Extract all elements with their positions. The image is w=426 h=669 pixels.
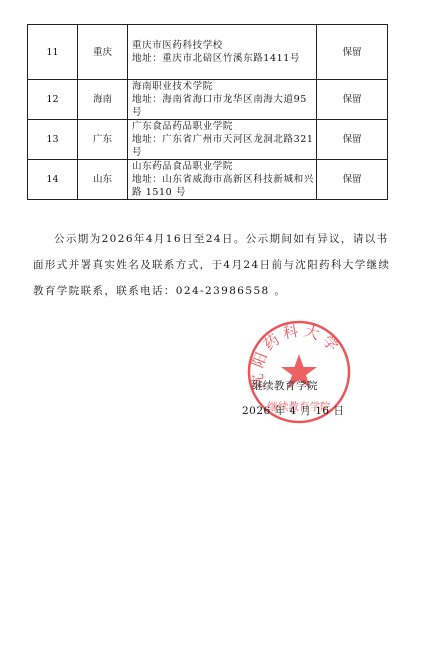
signature-date: 2026 年 4 月 16 日 xyxy=(242,403,344,418)
row-status: 保留 xyxy=(317,120,388,160)
row-province: 广东 xyxy=(78,120,128,160)
notice-paragraph: 公示期为2026年4月16日至24日。公示期间如有异议，请以书面形式并署真实姓名… xyxy=(33,226,393,304)
row-school: 重庆市医药科技学校 地址：重庆市北碚区竹溪东路1411号 xyxy=(128,25,317,80)
school-address: 地址：重庆市北碚区竹溪东路1411号 xyxy=(132,52,316,65)
table-row: 13 广东 广东食品药品职业学院 地址：广东省广州市天河区龙洞北路321号 保留 xyxy=(28,120,388,160)
row-number: 14 xyxy=(28,160,78,200)
table-row: 11 重庆 重庆市医药科技学校 地址：重庆市北碚区竹溪东路1411号 保留 xyxy=(28,25,388,80)
school-address: 地址：广东省广州市天河区龙洞北路321号 xyxy=(132,133,316,159)
row-number: 12 xyxy=(28,80,78,120)
row-status: 保留 xyxy=(317,25,388,80)
table-row: 14 山东 山东药品食品职业学院 地址：山东省威海市高新区科技新城和兴路 151… xyxy=(28,160,388,200)
school-name: 重庆市医药科技学校 xyxy=(132,39,316,52)
school-name: 广东食品药品职业学院 xyxy=(132,120,316,133)
row-province: 海南 xyxy=(78,80,128,120)
row-school: 海南职业技术学院 地址：海南省海口市龙华区南海大道95号 xyxy=(128,80,317,120)
school-name: 海南职业技术学院 xyxy=(132,80,316,93)
row-number: 11 xyxy=(28,25,78,80)
school-address: 地址：山东省威海市高新区科技新城和兴路 1510 号 xyxy=(132,173,316,199)
row-school: 山东药品食品职业学院 地址：山东省威海市高新区科技新城和兴路 1510 号 xyxy=(128,160,317,200)
signature-org: 继续教育学院 xyxy=(252,378,318,393)
row-school: 广东食品药品职业学院 地址：广东省广州市天河区龙洞北路321号 xyxy=(128,120,317,160)
school-name: 山东药品食品职业学院 xyxy=(132,160,316,173)
row-province: 山东 xyxy=(78,160,128,200)
row-number: 13 xyxy=(28,120,78,160)
row-status: 保留 xyxy=(317,160,388,200)
school-address: 地址：海南省海口市龙华区南海大道95号 xyxy=(132,93,316,119)
notice-text: 公示期为2026年4月16日至24日。公示期间如有异议，请以书面形式并署真实姓名… xyxy=(33,226,393,304)
results-table: 11 重庆 重庆市医药科技学校 地址：重庆市北碚区竹溪东路1411号 保留 12… xyxy=(27,24,388,200)
table-row: 12 海南 海南职业技术学院 地址：海南省海口市龙华区南海大道95号 保留 xyxy=(28,80,388,120)
row-status: 保留 xyxy=(317,80,388,120)
row-province: 重庆 xyxy=(78,25,128,80)
